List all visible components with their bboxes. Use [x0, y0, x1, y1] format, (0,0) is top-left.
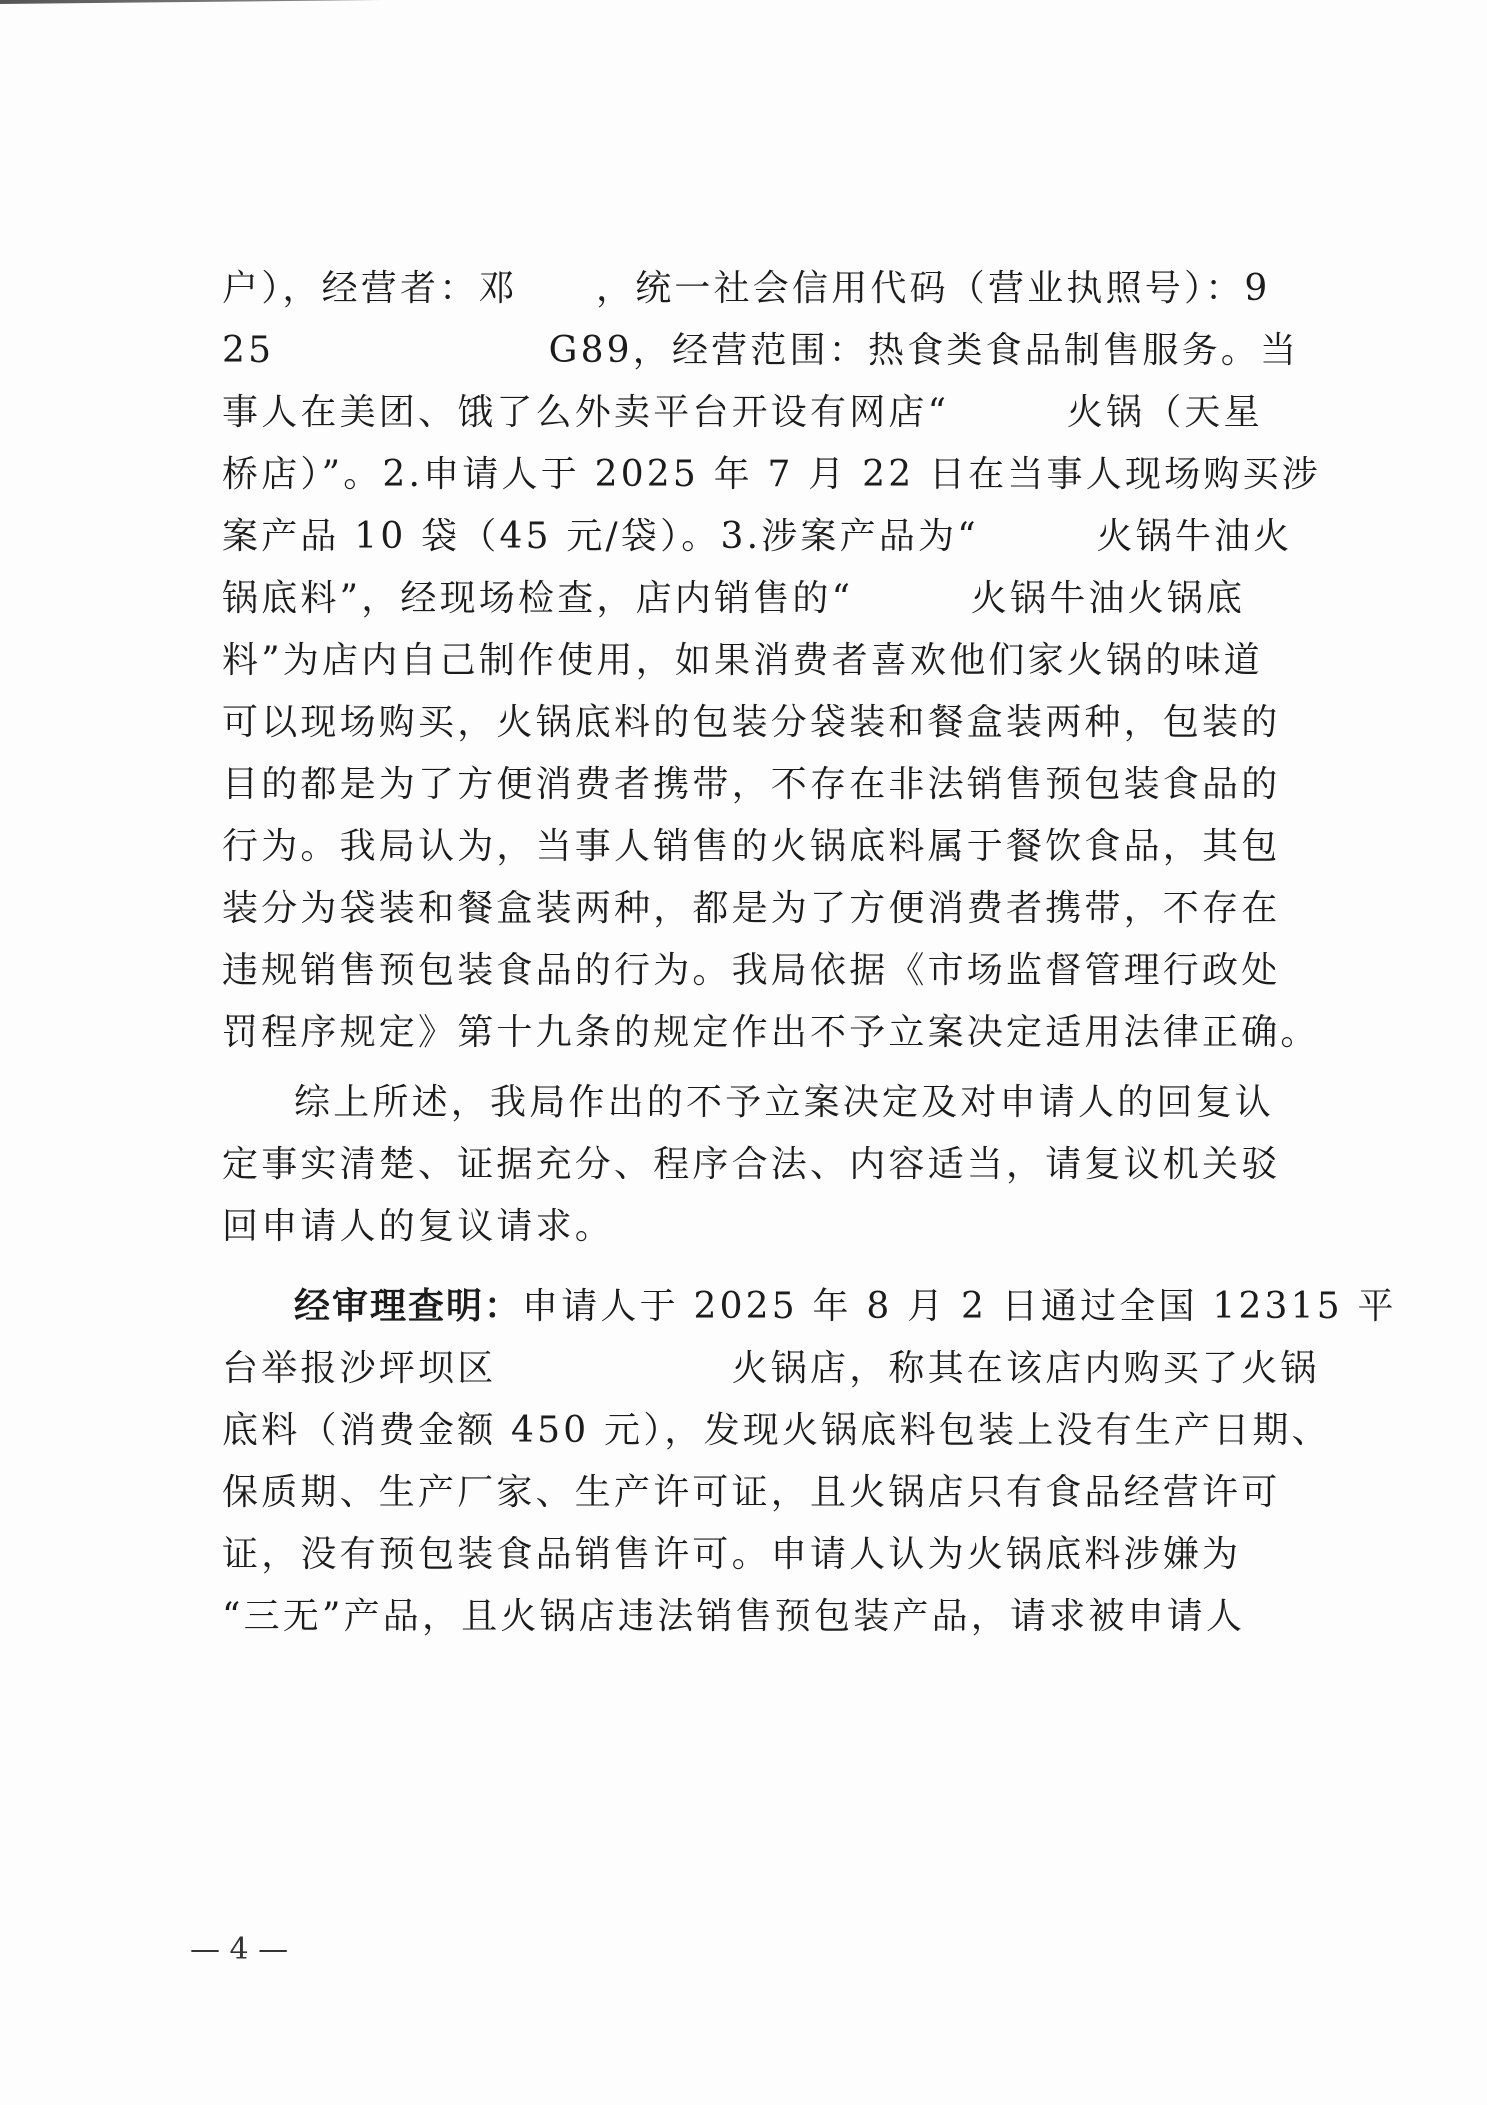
text-line: 目的都是为了方便消费者携带，不存在非法销售预包装食品的 — [222, 754, 1322, 816]
text-line: 罚程序规定》第十九条的规定作出不予立案决定适用法律正确。 — [222, 1002, 1322, 1064]
text-line: 底料（消费金额 450 元），发现火锅底料包装上没有生产日期、 — [222, 1400, 1322, 1462]
text-line: 料”为店内自己制作使用，如果消费者喜欢他们家火锅的味道 — [222, 630, 1322, 692]
text-line: 定事实清楚、证据充分、程序合法、内容适当，请复议机关驳 — [222, 1134, 1322, 1196]
text-line: 锅底料”，经现场检查，店内销售的“ 火锅牛油火锅底 — [222, 568, 1322, 630]
text-line: 回申请人的复议请求。 — [222, 1196, 1322, 1258]
text-line: 案产品 10 袋（45 元/袋）。3.涉案产品为“ 火锅牛油火 — [222, 506, 1322, 568]
text-line: 台举报沙坪坝区 火锅店，称其在该店内购买了火锅 — [222, 1338, 1322, 1400]
section-heading: 经审理查明： — [294, 1286, 522, 1327]
scan-edge-shadow — [0, 0, 560, 4]
text-line: 事人在美团、饿了么外卖平台开设有网店“ 火锅（天星 — [222, 382, 1322, 444]
paragraph-3: 经审理查明：申请人于 2025 年 8 月 2 日通过全国 12315 平 台举… — [222, 1276, 1322, 1648]
paragraph-1: 户），经营者：邓 ，统一社会信用代码（营业执照号）：9 25 G89，经营范围：… — [222, 258, 1322, 1064]
paragraph-2: 综上所述，我局作出的不予立案决定及对申请人的回复认 定事实清楚、证据充分、程序合… — [222, 1072, 1322, 1258]
page-number: — 4 — — [190, 1932, 288, 1967]
text-line: “三无”产品，且火锅店违法销售预包装产品，请求被申请人 — [222, 1586, 1322, 1648]
text-line: 行为。我局认为，当事人销售的火锅底料属于餐饮食品，其包 — [222, 816, 1322, 878]
text-line: 综上所述，我局作出的不予立案决定及对申请人的回复认 — [222, 1072, 1322, 1134]
text-line: 经审理查明：申请人于 2025 年 8 月 2 日通过全国 12315 平 — [222, 1276, 1322, 1338]
text-line: 桥店）”。2.申请人于 2025 年 7 月 22 日在当事人现场购买涉 — [222, 444, 1322, 506]
text-span: 申请人于 2025 年 8 月 2 日通过全国 12315 平 — [522, 1286, 1397, 1327]
text-line: 可以现场购买，火锅底料的包装分袋装和餐盒装两种，包装的 — [222, 692, 1322, 754]
text-line: 装分为袋装和餐盒装两种，都是为了方便消费者携带，不存在 — [222, 878, 1322, 940]
text-line: 25 G89，经营范围：热食类食品制售服务。当 — [222, 320, 1322, 382]
text-line: 户），经营者：邓 ，统一社会信用代码（营业执照号）：9 — [222, 258, 1322, 320]
text-line: 证，没有预包装食品销售许可。申请人认为火锅底料涉嫌为 — [222, 1524, 1322, 1586]
text-line: 保质期、生产厂家、生产许可证，且火锅店只有食品经营许可 — [222, 1462, 1322, 1524]
text-line: 违规销售预包装食品的行为。我局依据《市场监督管理行政处 — [222, 940, 1322, 1002]
document-body: 户），经营者：邓 ，统一社会信用代码（营业执照号）：9 25 G89，经营范围：… — [222, 258, 1322, 1648]
